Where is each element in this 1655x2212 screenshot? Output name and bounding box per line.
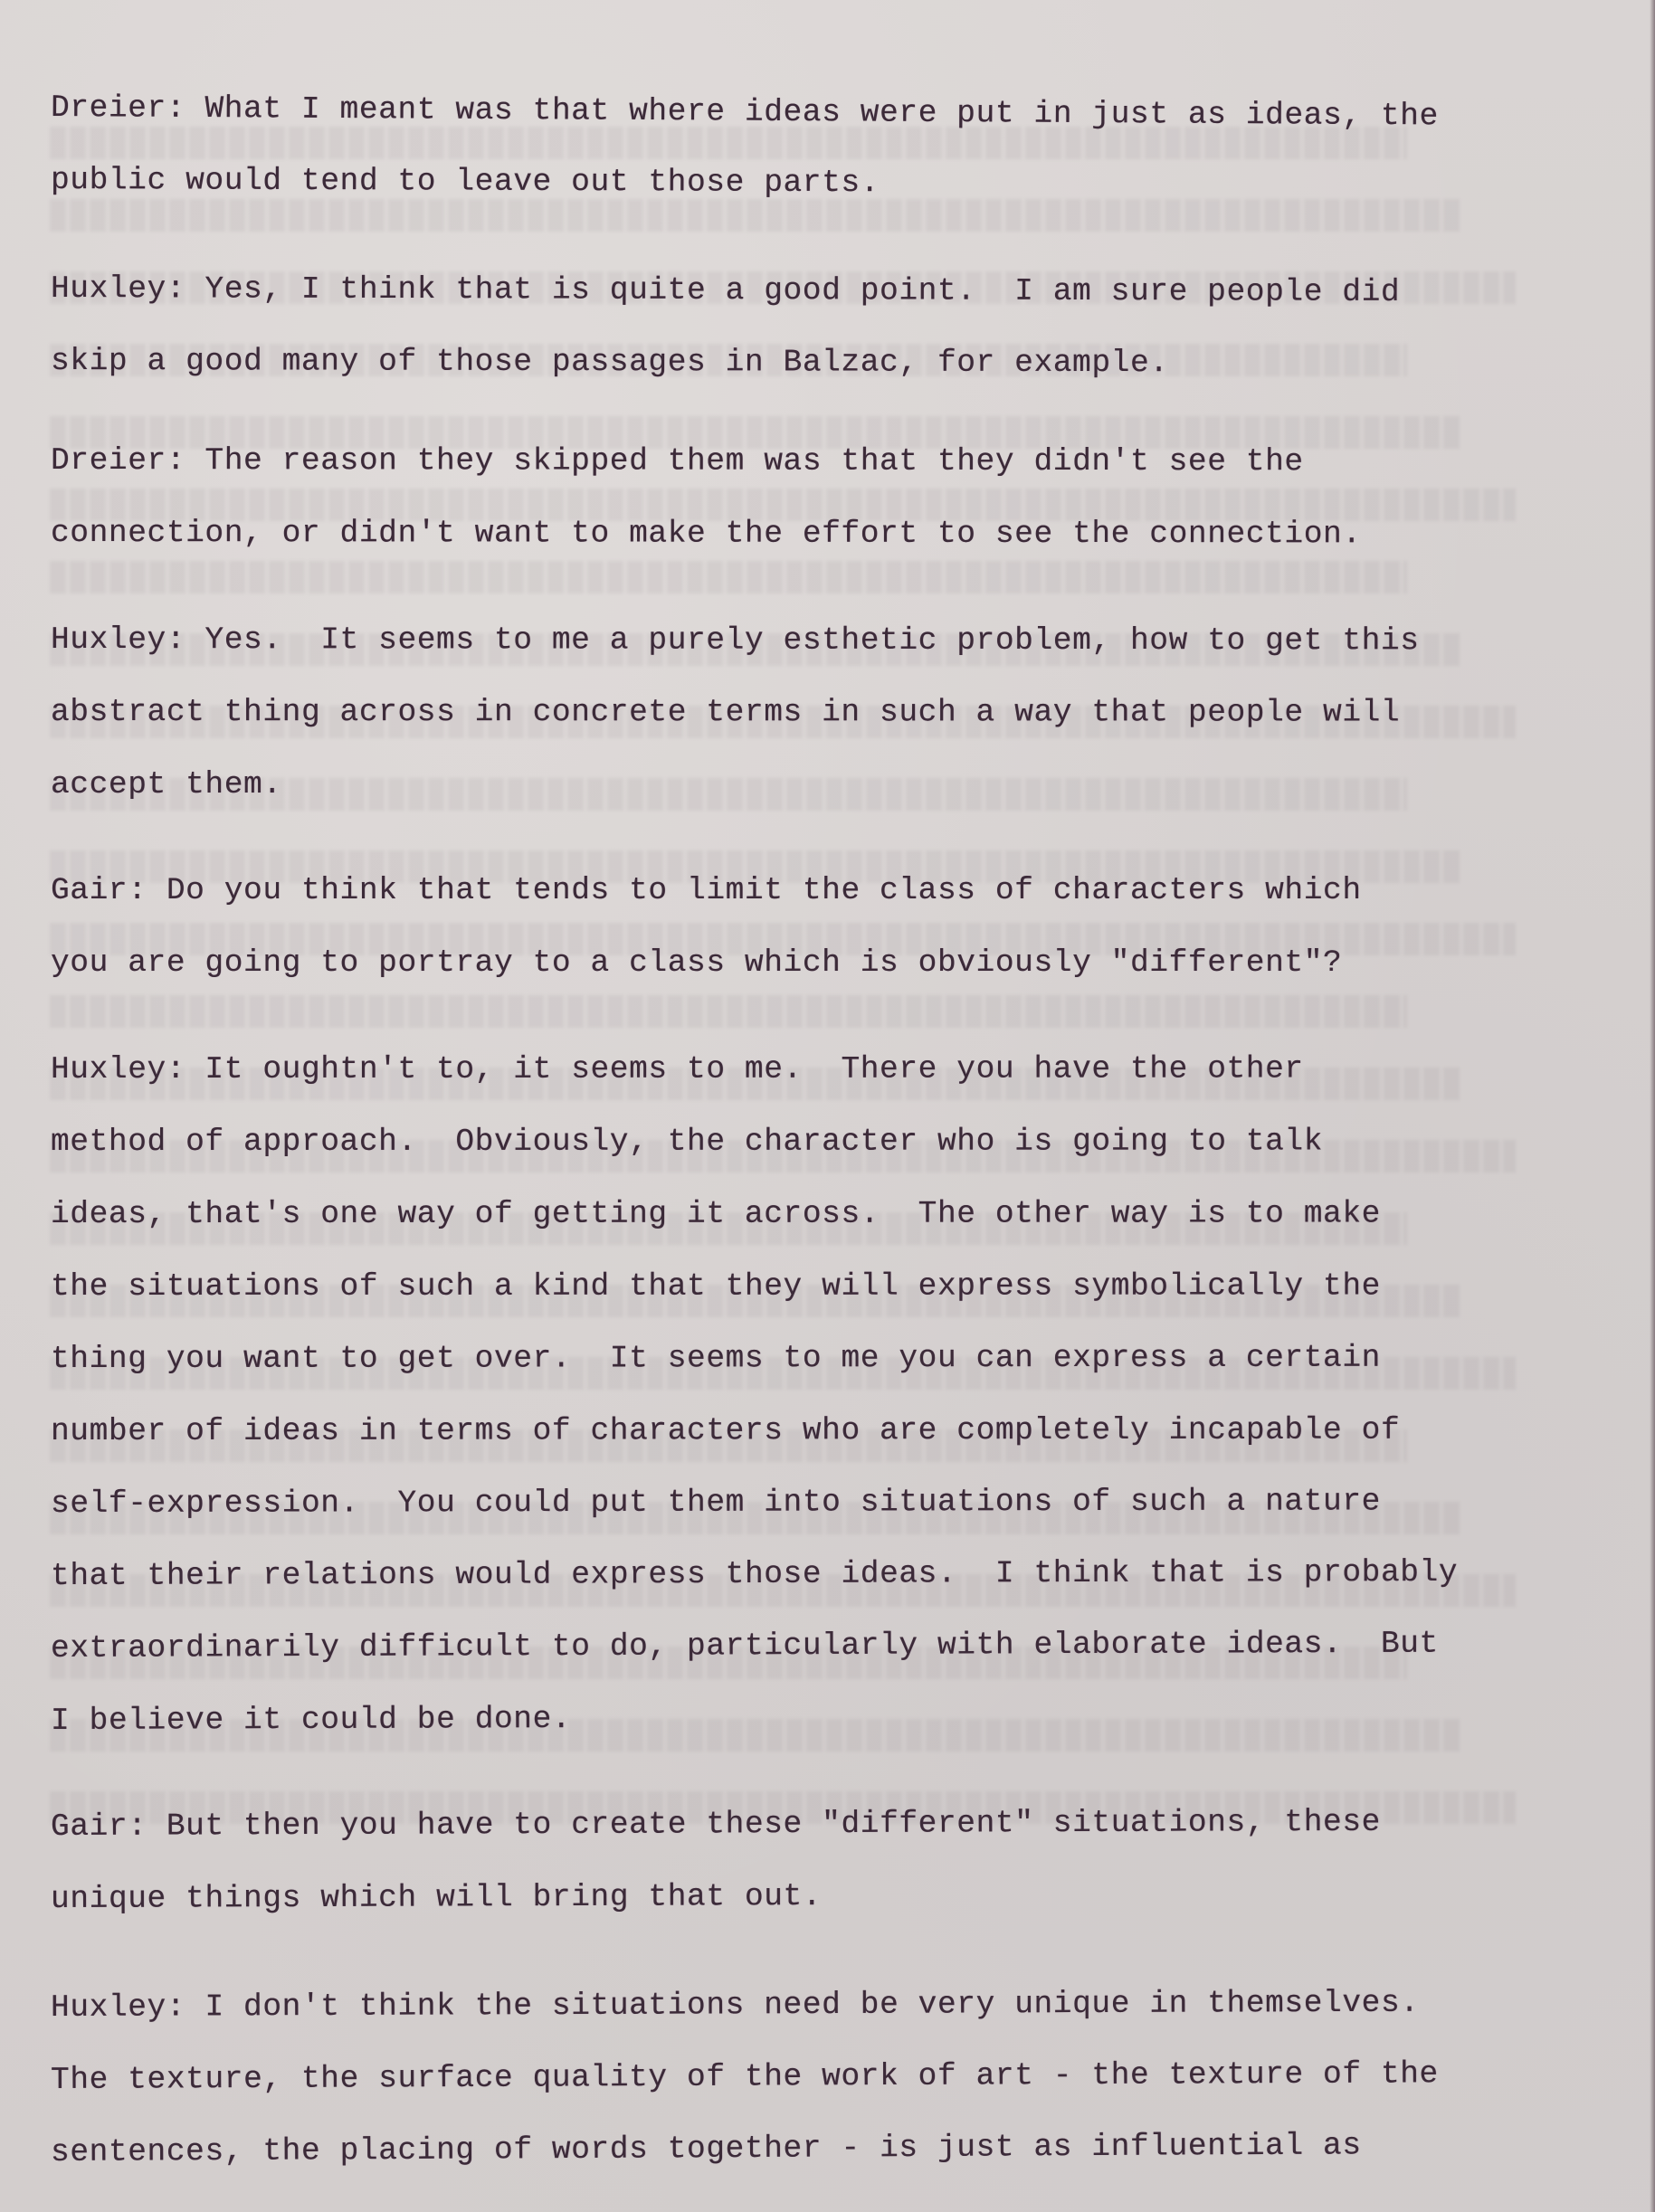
- transcript-line: thing you want to get over. It seems to …: [51, 1341, 1381, 1377]
- transcript-line: extraordinarily difficult to do, particu…: [51, 1627, 1439, 1666]
- transcript-line: unique things which will bring that out.: [51, 1879, 822, 1917]
- transcript-line: that their relations would express those…: [51, 1555, 1458, 1594]
- transcript-line: ideas, that's one way of getting it acro…: [51, 1196, 1381, 1232]
- show-through-line: [50, 199, 1461, 232]
- transcript-line: method of approach. Obviously, the chara…: [51, 1125, 1323, 1160]
- transcript-line: you are going to portray to a class whic…: [51, 945, 1342, 981]
- transcript-line: connection, or didn't want to make the e…: [51, 516, 1362, 552]
- transcript-line: public would tend to leave out those par…: [51, 163, 880, 201]
- speaker-line: Dreier: The reason they skipped them was…: [51, 443, 1304, 479]
- show-through-line: [50, 561, 1407, 593]
- speaker-line: Huxley: Yes, I think that is quite a goo…: [51, 271, 1400, 310]
- transcript-line: the situations of such a kind that they …: [51, 1268, 1381, 1305]
- speaker-line: Huxley: I don't think the situations nee…: [51, 1986, 1420, 2026]
- speaker-line: Gair: Do you think that tends to limit t…: [51, 873, 1362, 908]
- transcript-line: skip a good many of those passages in Ba…: [51, 344, 1169, 381]
- transcript-line: The texture, the surface quality of the …: [51, 2056, 1439, 2098]
- transcript-line: accept them.: [51, 767, 282, 802]
- transcript-line: sentences, the placing of words together…: [51, 2128, 1362, 2170]
- typewritten-page: Dreier: What I meant was that where idea…: [0, 0, 1655, 2212]
- speaker-line: Gair: But then you have to create these …: [51, 1805, 1381, 1845]
- transcript-line: I believe it could be done.: [51, 1702, 571, 1739]
- speaker-line: Huxley: It oughtn't to, it seems to me. …: [51, 1052, 1304, 1087]
- page-edge-shadow: [1650, 0, 1655, 2212]
- speaker-line: Huxley: Yes. It seems to me a purely est…: [51, 622, 1420, 659]
- transcript-line: abstract thing across in concrete terms …: [51, 695, 1400, 731]
- transcript-line: self-expression. You could put them into…: [51, 1484, 1381, 1522]
- show-through-line: [50, 995, 1407, 1028]
- transcript-line: number of ideas in terms of characters w…: [51, 1413, 1400, 1449]
